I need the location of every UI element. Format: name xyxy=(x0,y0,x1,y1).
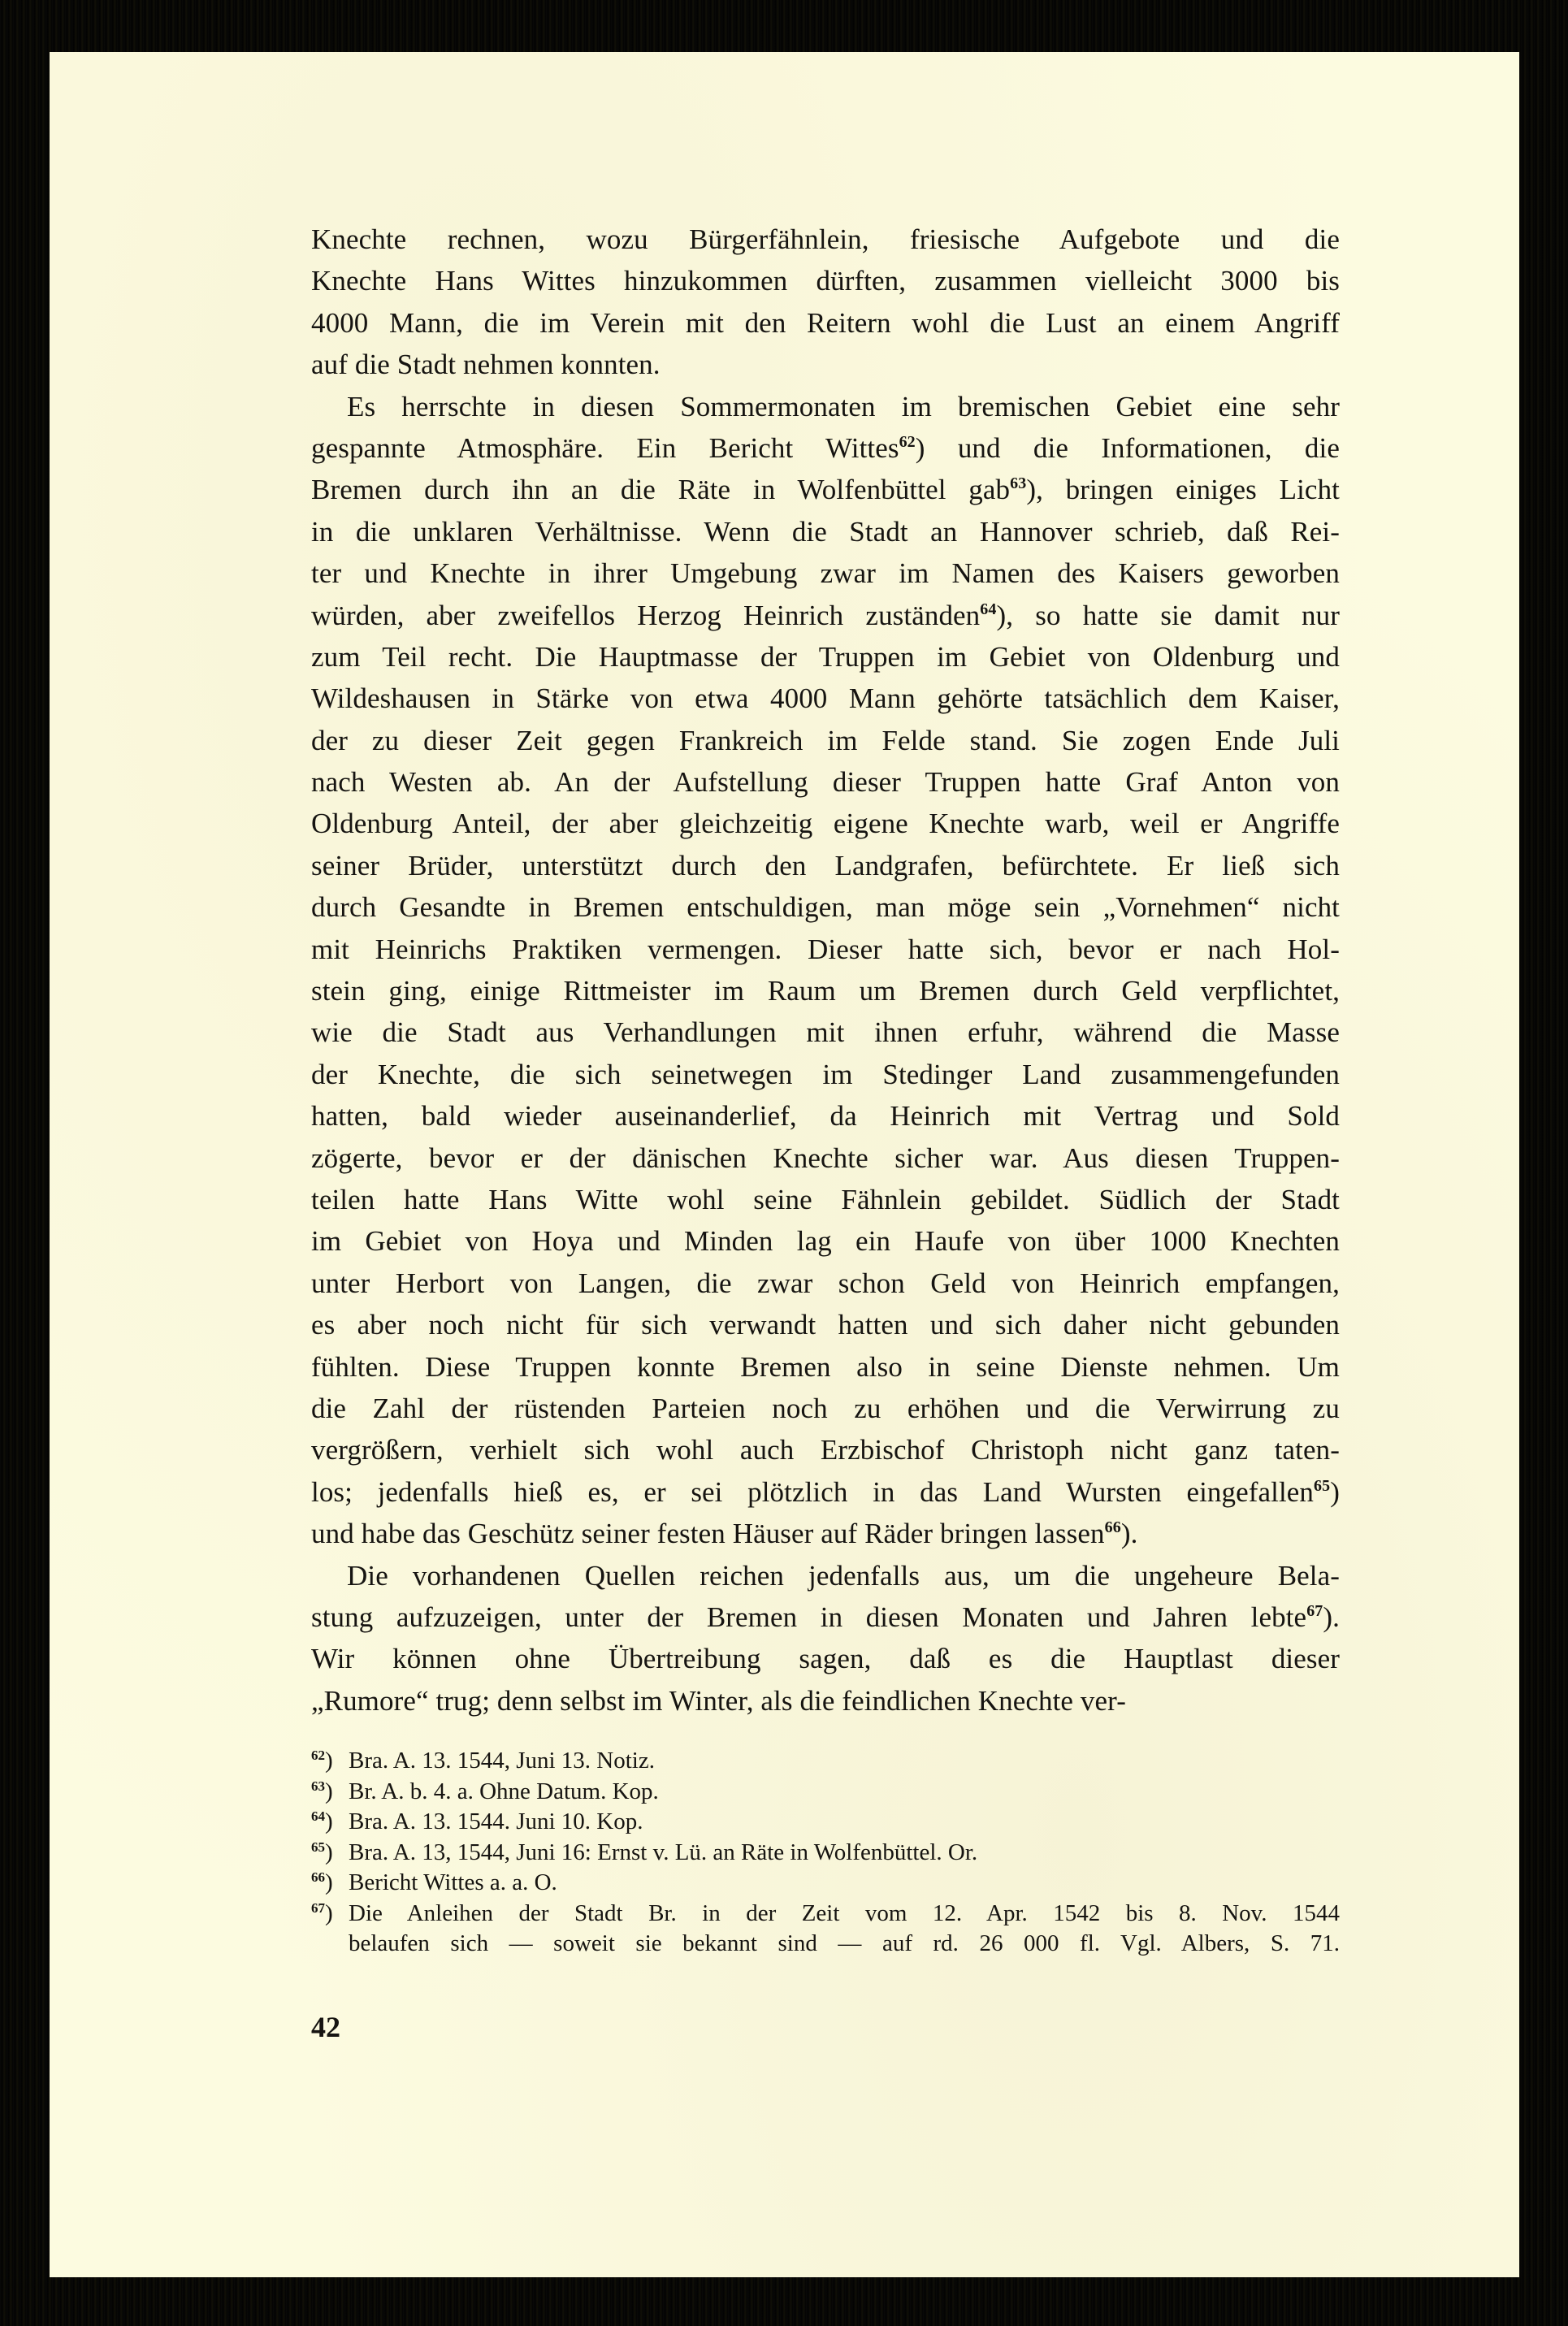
footnote-number: 66) xyxy=(311,1868,349,1899)
footnote-line: Bra. A. 13. 1544. Juni 10. Kop. xyxy=(349,1807,1340,1838)
text-line: Die vorhandenen Quellen reichen jedenfal… xyxy=(311,1555,1340,1596)
footnote-number: 62) xyxy=(311,1746,349,1777)
footnote-text: Br. A. b. 4. a. Ohne Datum. Kop. xyxy=(349,1777,1340,1808)
text-line: Bremen durch ihn an die Räte in Wolfenbü… xyxy=(311,469,1340,510)
paragraph: Die vorhandenen Quellen reichen jedenfal… xyxy=(311,1555,1340,1722)
footnote-text: Die Anleihen der Stadt Br. in der Zeit v… xyxy=(349,1899,1340,1960)
footnote-number: 63) xyxy=(311,1777,349,1808)
footnote-62: 62)Bra. A. 13. 1544, Juni 13. Notiz. xyxy=(311,1746,1340,1777)
footnote-reference: 62 xyxy=(899,433,916,451)
text-line: ter und Knechte in ihrer Umgebung zwar i… xyxy=(311,552,1340,594)
text-line: teilen hatte Hans Witte wohl seine Fähnl… xyxy=(311,1179,1340,1220)
body-text: Knechte rechnen, wozu Bürgerfähnlein, fr… xyxy=(311,219,1340,1722)
footnote-reference: 64 xyxy=(980,600,996,618)
footnote-reference: 66 xyxy=(1105,1518,1121,1536)
text-line: Es herrschte in diesen Sommermonaten im … xyxy=(311,386,1340,427)
text-line: Oldenburg Anteil, der aber gleichzeitig … xyxy=(311,803,1340,844)
footnote-reference: 63 xyxy=(1010,474,1026,492)
text-line: mit Heinrichs Praktiken vermengen. Diese… xyxy=(311,929,1340,970)
text-line: der Knechte, die sich seinetwegen im Ste… xyxy=(311,1054,1340,1095)
text-line: zögerte, bevor er der dänischen Knechte … xyxy=(311,1137,1340,1179)
text-line: Wildeshausen in Stärke von etwa 4000 Man… xyxy=(311,678,1340,719)
footnote-line: belaufen sich — soweit sie bekannt sind … xyxy=(349,1929,1340,1960)
text-line: zum Teil recht. Die Hauptmasse der Trupp… xyxy=(311,636,1340,678)
footnote-65: 65)Bra. A. 13, 1544, Juni 16: Ernst v. L… xyxy=(311,1838,1340,1869)
footnote-number: 65) xyxy=(311,1838,349,1869)
footnote-number: 64) xyxy=(311,1807,349,1838)
text-line: Knechte rechnen, wozu Bürgerfähnlein, fr… xyxy=(311,219,1340,260)
paragraph: Es herrschte in diesen Sommermonaten im … xyxy=(311,386,1340,1555)
text-line: im Gebiet von Hoya und Minden lag ein Ha… xyxy=(311,1220,1340,1262)
footnotes: 62)Bra. A. 13. 1544, Juni 13. Notiz.63)B… xyxy=(311,1746,1340,1960)
text-line: seiner Brüder, unterstützt durch den Lan… xyxy=(311,845,1340,886)
footnote-text: Bra. A. 13, 1544, Juni 16: Ernst v. Lü. … xyxy=(349,1838,1340,1869)
book-page: Knechte rechnen, wozu Bürgerfähnlein, fr… xyxy=(50,52,1519,2277)
text-line: stung aufzuzeigen, unter der Bremen in d… xyxy=(311,1596,1340,1638)
footnote-text: Bra. A. 13. 1544. Juni 10. Kop. xyxy=(349,1807,1340,1838)
text-line: nach Westen ab. An der Aufstellung diese… xyxy=(311,761,1340,803)
paragraph: Knechte rechnen, wozu Bürgerfähnlein, fr… xyxy=(311,219,1340,386)
page-number: 42 xyxy=(311,2010,340,2044)
footnote-line: Die Anleihen der Stadt Br. in der Zeit v… xyxy=(349,1899,1340,1930)
text-line: „Rumore“ trug; denn selbst im Winter, al… xyxy=(311,1680,1340,1722)
footnote-text: Bericht Wittes a. a. O. xyxy=(349,1868,1340,1899)
text-line: würden, aber zweifellos Herzog Heinrich … xyxy=(311,595,1340,636)
text-line: gespannte Atmosphäre. Ein Bericht Wittes… xyxy=(311,427,1340,469)
footnote-64: 64)Bra. A. 13. 1544. Juni 10. Kop. xyxy=(311,1807,1340,1838)
footnote-63: 63)Br. A. b. 4. a. Ohne Datum. Kop. xyxy=(311,1777,1340,1808)
text-line: der zu dieser Zeit gegen Frankreich im F… xyxy=(311,720,1340,761)
footnote-text: Bra. A. 13. 1544, Juni 13. Notiz. xyxy=(349,1746,1340,1777)
text-line: und habe das Geschütz seiner festen Häus… xyxy=(311,1513,1340,1554)
footnote-67: 67)Die Anleihen der Stadt Br. in der Zei… xyxy=(311,1899,1340,1960)
text-line: los; jedenfalls hieß es, er sei plötzlic… xyxy=(311,1471,1340,1513)
footnote-reference: 67 xyxy=(1306,1602,1323,1620)
text-line: unter Herbort von Langen, die zwar schon… xyxy=(311,1263,1340,1304)
text-line: stein ging, einige Rittmeister im Raum u… xyxy=(311,970,1340,1011)
footnote-66: 66)Bericht Wittes a. a. O. xyxy=(311,1868,1340,1899)
text-line: die Zahl der rüstenden Parteien noch zu … xyxy=(311,1388,1340,1429)
text-line: hatten, bald wieder auseinanderlief, da … xyxy=(311,1095,1340,1137)
text-line: Knechte Hans Wittes hinzukommen dürften,… xyxy=(311,260,1340,301)
text-line: wie die Stadt aus Verhandlungen mit ihne… xyxy=(311,1011,1340,1053)
text-line: auf die Stadt nehmen konnten. xyxy=(311,344,1340,385)
text-line: fühlten. Diese Truppen konnte Bremen als… xyxy=(311,1346,1340,1388)
footnote-line: Bra. A. 13. 1544, Juni 13. Notiz. xyxy=(349,1746,1340,1777)
footnote-number: 67) xyxy=(311,1899,349,1960)
footnote-line: Bra. A. 13, 1544, Juni 16: Ernst v. Lü. … xyxy=(349,1838,1340,1869)
text-line: in die unklaren Verhältnisse. Wenn die S… xyxy=(311,511,1340,552)
text-line: 4000 Mann, die im Verein mit den Reitern… xyxy=(311,302,1340,344)
footnote-line: Bericht Wittes a. a. O. xyxy=(349,1868,1340,1899)
footnote-line: Br. A. b. 4. a. Ohne Datum. Kop. xyxy=(349,1777,1340,1808)
footnote-reference: 65 xyxy=(1314,1477,1330,1495)
text-line: Wir können ohne Übertreibung sagen, daß … xyxy=(311,1638,1340,1679)
text-line: vergrößern, verhielt sich wohl auch Erzb… xyxy=(311,1429,1340,1471)
text-line: durch Gesandte in Bremen entschuldigen, … xyxy=(311,886,1340,928)
text-line: es aber noch nicht für sich verwandt hat… xyxy=(311,1304,1340,1345)
